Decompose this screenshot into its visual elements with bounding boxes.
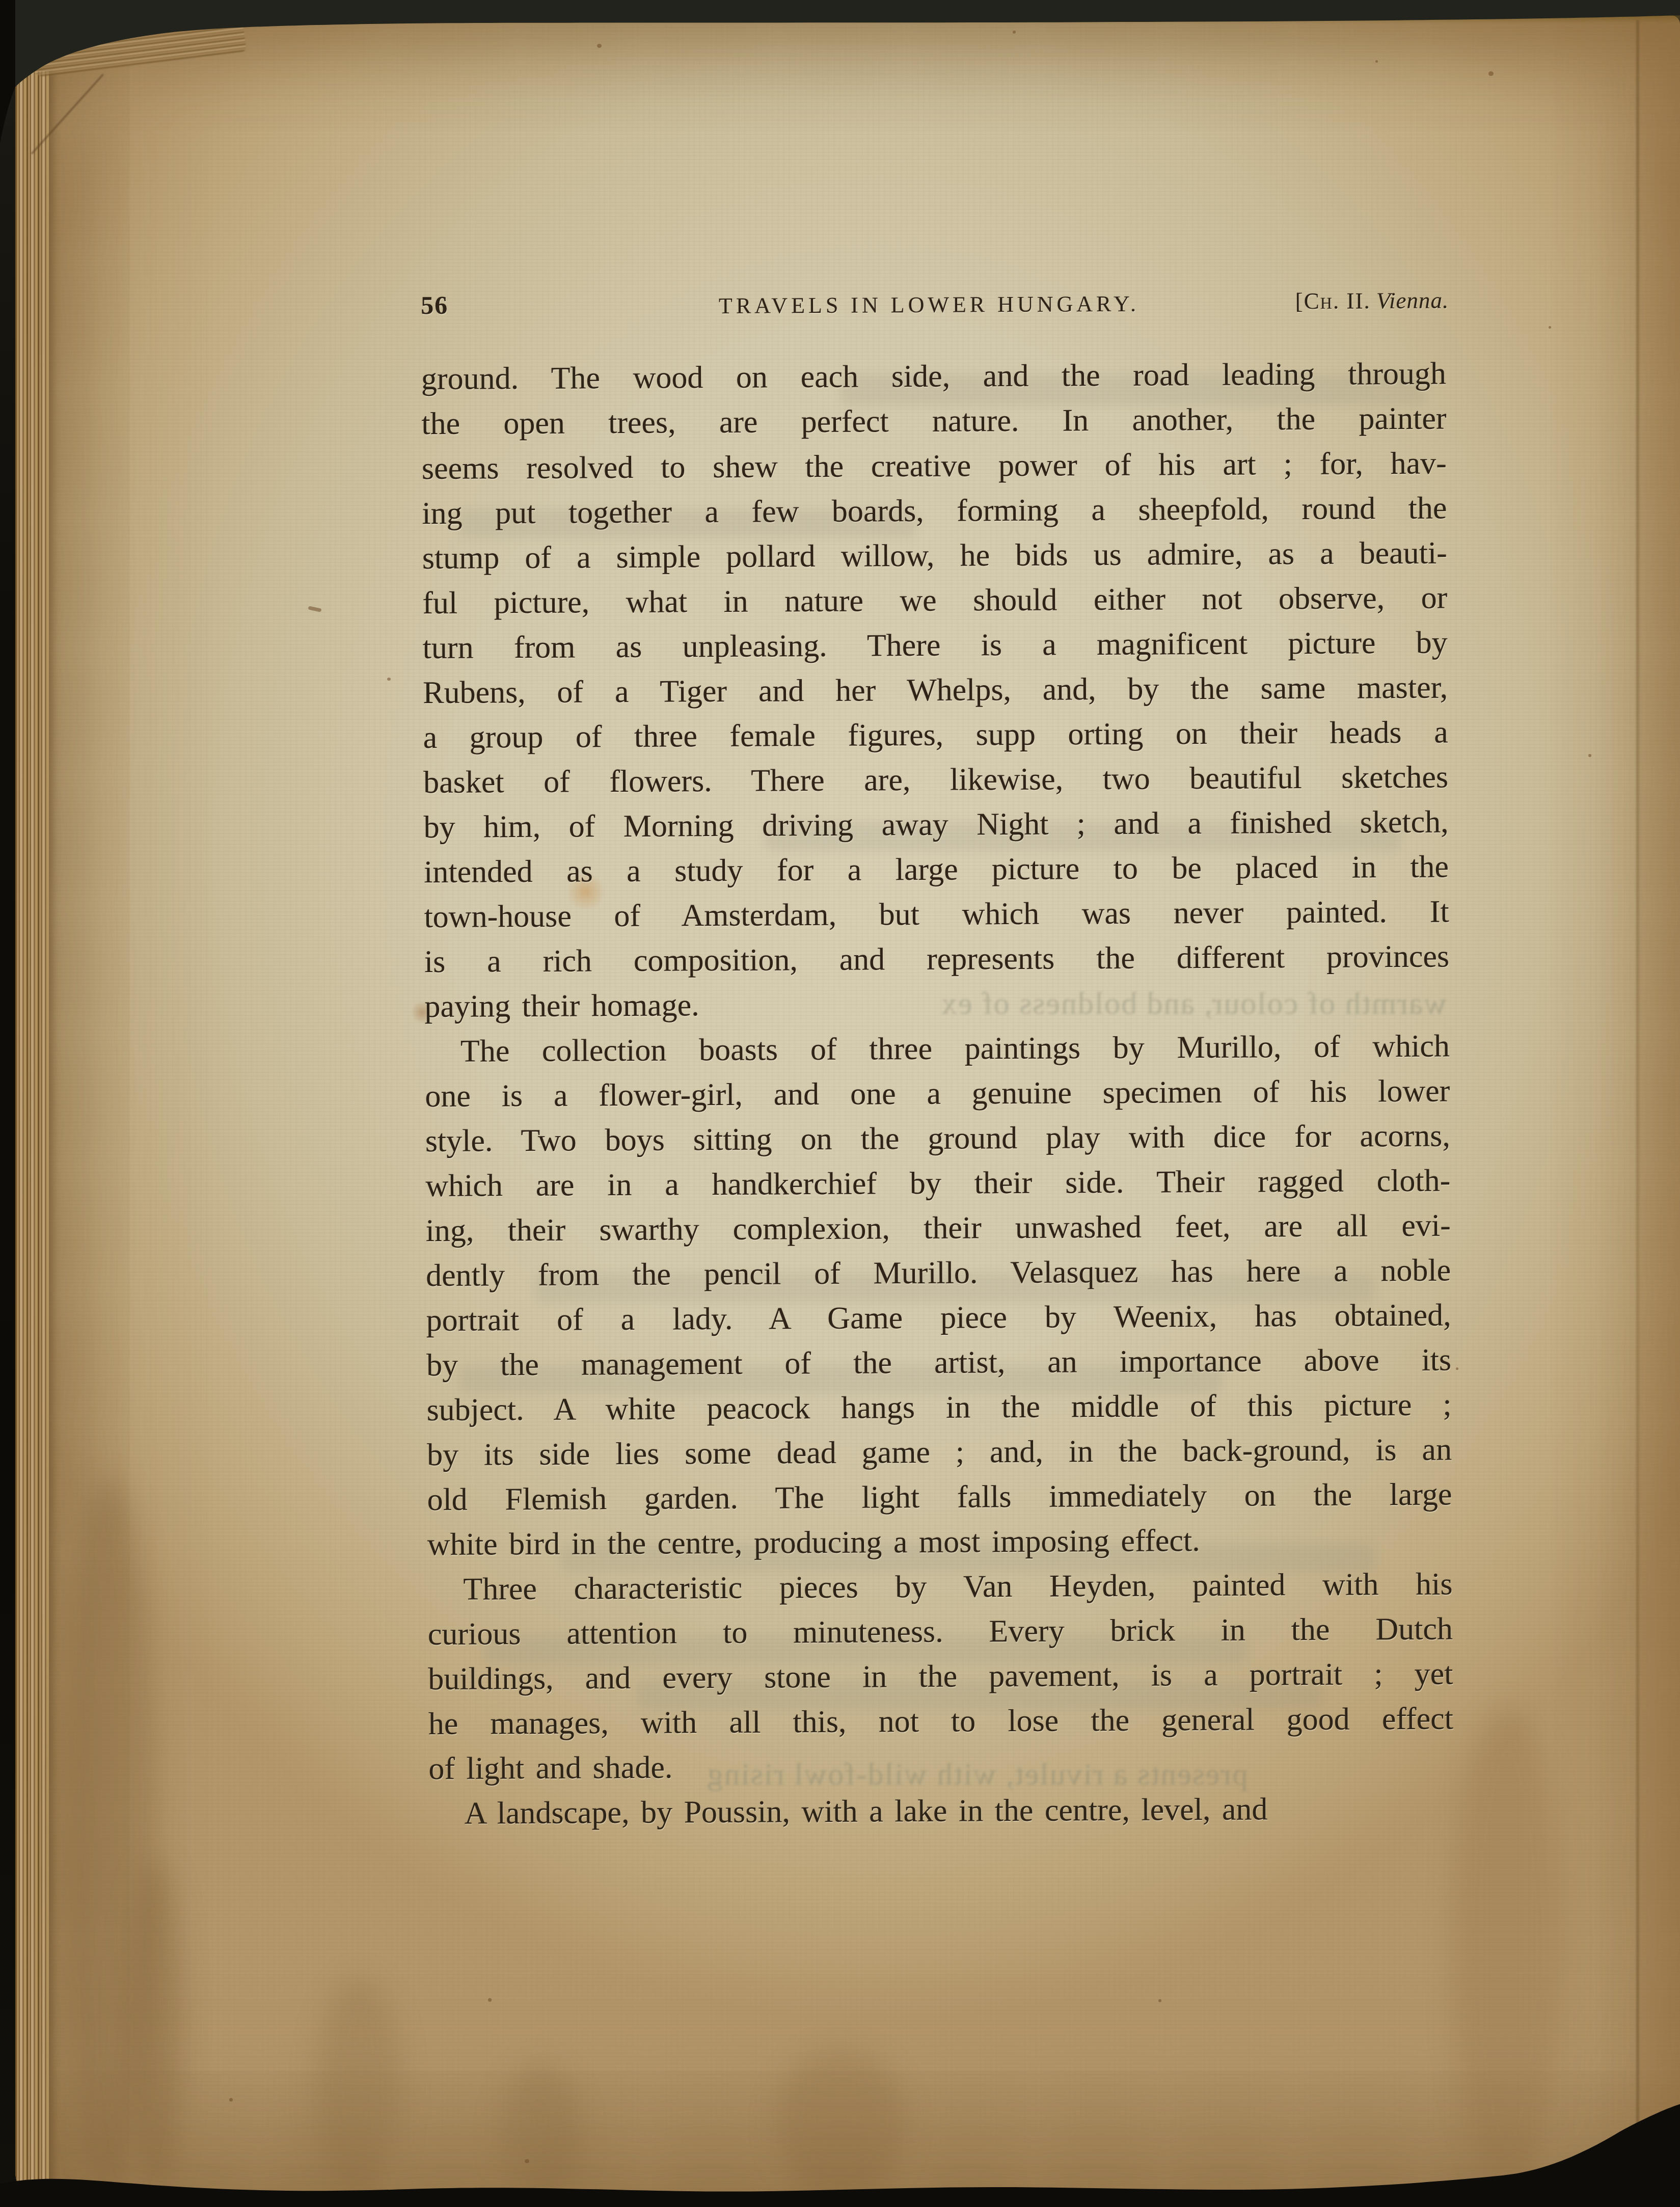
stain bbox=[127, 1860, 183, 2191]
text-line: town-house of Amsterdam, but which was n… bbox=[424, 889, 1449, 939]
text-line: portrait of a lady. A Game piece by Ween… bbox=[426, 1293, 1451, 1343]
text-line: curious attention to minuteness. Every b… bbox=[428, 1606, 1453, 1657]
text-line: turn from as unpleasing. There is a magn… bbox=[423, 620, 1448, 670]
text-line: Rubens, of a Tiger and her Whelps, and, … bbox=[423, 665, 1448, 715]
foxing-spot bbox=[1456, 1367, 1458, 1370]
foxing-spot bbox=[525, 2159, 529, 2163]
text-line: subject. A white peacock hangs in the mi… bbox=[426, 1382, 1451, 1433]
foxing-spot bbox=[1588, 754, 1591, 757]
stain bbox=[499, 2063, 581, 2206]
foxing-spot bbox=[488, 1998, 492, 2002]
text-line: a group of three female figures, supp or… bbox=[423, 710, 1448, 760]
page-edge-stack bbox=[15, 71, 49, 2187]
text-line: ing put together a few boards, forming a… bbox=[422, 486, 1447, 536]
printed-content: 56 TRAVELS IN LOWER HUNGARY. [Ch. II. Vi… bbox=[421, 276, 1454, 1836]
foxing-spot bbox=[1013, 31, 1016, 34]
text-line: is a rich composition, and represents th… bbox=[424, 934, 1449, 984]
page-number: 56 bbox=[421, 290, 448, 320]
stain bbox=[774, 2048, 907, 2201]
running-title: TRAVELS IN LOWER HUNGARY. bbox=[719, 291, 1140, 319]
foxing-spot bbox=[1158, 1999, 1161, 2002]
text-line: ground. The wood on each side, and the r… bbox=[421, 351, 1446, 401]
chapter-place: Vienna. bbox=[1376, 287, 1449, 313]
foxing-spot bbox=[1488, 71, 1494, 76]
text-line: seems resolved to shew the creative powe… bbox=[422, 441, 1447, 491]
text-line: The collection boasts of three paintings… bbox=[425, 1024, 1450, 1074]
text-line: by its side lies some dead game ; and, i… bbox=[427, 1427, 1452, 1477]
text-line: basket of flowers. There are, likewise, … bbox=[423, 755, 1448, 805]
text-line: ful picture, what in nature we should ei… bbox=[422, 575, 1447, 626]
text-line: paying their homage. bbox=[424, 979, 1449, 1029]
body-text: ground. The wood on each side, and the r… bbox=[421, 351, 1454, 1836]
text-line: ing, their swarthy complexion, their unw… bbox=[426, 1203, 1451, 1253]
foxing-spot bbox=[597, 44, 602, 48]
page-header: 56 TRAVELS IN LOWER HUNGARY. [Ch. II. Vi… bbox=[421, 276, 1446, 332]
chapter-heading: [Ch. II. Vienna. bbox=[1295, 287, 1449, 314]
text-line: white bird in the centre, producing a mo… bbox=[427, 1517, 1452, 1567]
text-line: which are in a handkerchief by their sid… bbox=[425, 1158, 1450, 1208]
stain bbox=[316, 1977, 402, 2201]
text-line: one is a flower-girl, and one a genuine … bbox=[425, 1068, 1450, 1119]
text-line: old Flemish garden. The light falls imme… bbox=[427, 1472, 1452, 1522]
text-line: buildings, and every stone in the paveme… bbox=[428, 1651, 1453, 1702]
text-line: the open trees, are perfect nature. In a… bbox=[421, 396, 1446, 446]
right-page-curl-shading bbox=[1639, 15, 1680, 2207]
chapter-label: [Ch. II. bbox=[1295, 288, 1371, 314]
text-line: by him, of Morning driving away Night ; … bbox=[423, 799, 1448, 850]
foxing-spot bbox=[387, 678, 391, 681]
text-line: intended as a study for a large picture … bbox=[424, 844, 1449, 895]
text-line: stump of a simple pollard willow, he bid… bbox=[422, 530, 1447, 581]
text-line: A landscape, by Poussin, with a lake in … bbox=[429, 1786, 1454, 1836]
foxing-spot bbox=[1549, 326, 1551, 329]
text-line: by the management of the artist, an impo… bbox=[426, 1337, 1451, 1388]
text-line: Three characteristic pieces by Van Heyde… bbox=[427, 1562, 1452, 1612]
text-line: dently from the pencil of Murillo. Velas… bbox=[426, 1248, 1451, 1298]
text-line: he manages, with all this, not to lose t… bbox=[428, 1696, 1453, 1746]
text-line: style. Two boys sitting on the ground pl… bbox=[425, 1113, 1450, 1164]
text-line: of light and shade. bbox=[428, 1741, 1453, 1791]
foxing-spot bbox=[229, 2098, 233, 2102]
scan-background: warmth of colour, and boldness of ex pre… bbox=[0, 0, 1680, 2207]
page-top-edge-shadow bbox=[92, 15, 1680, 23]
foxing-spot bbox=[1375, 60, 1378, 63]
stain bbox=[1452, 1707, 1564, 2191]
